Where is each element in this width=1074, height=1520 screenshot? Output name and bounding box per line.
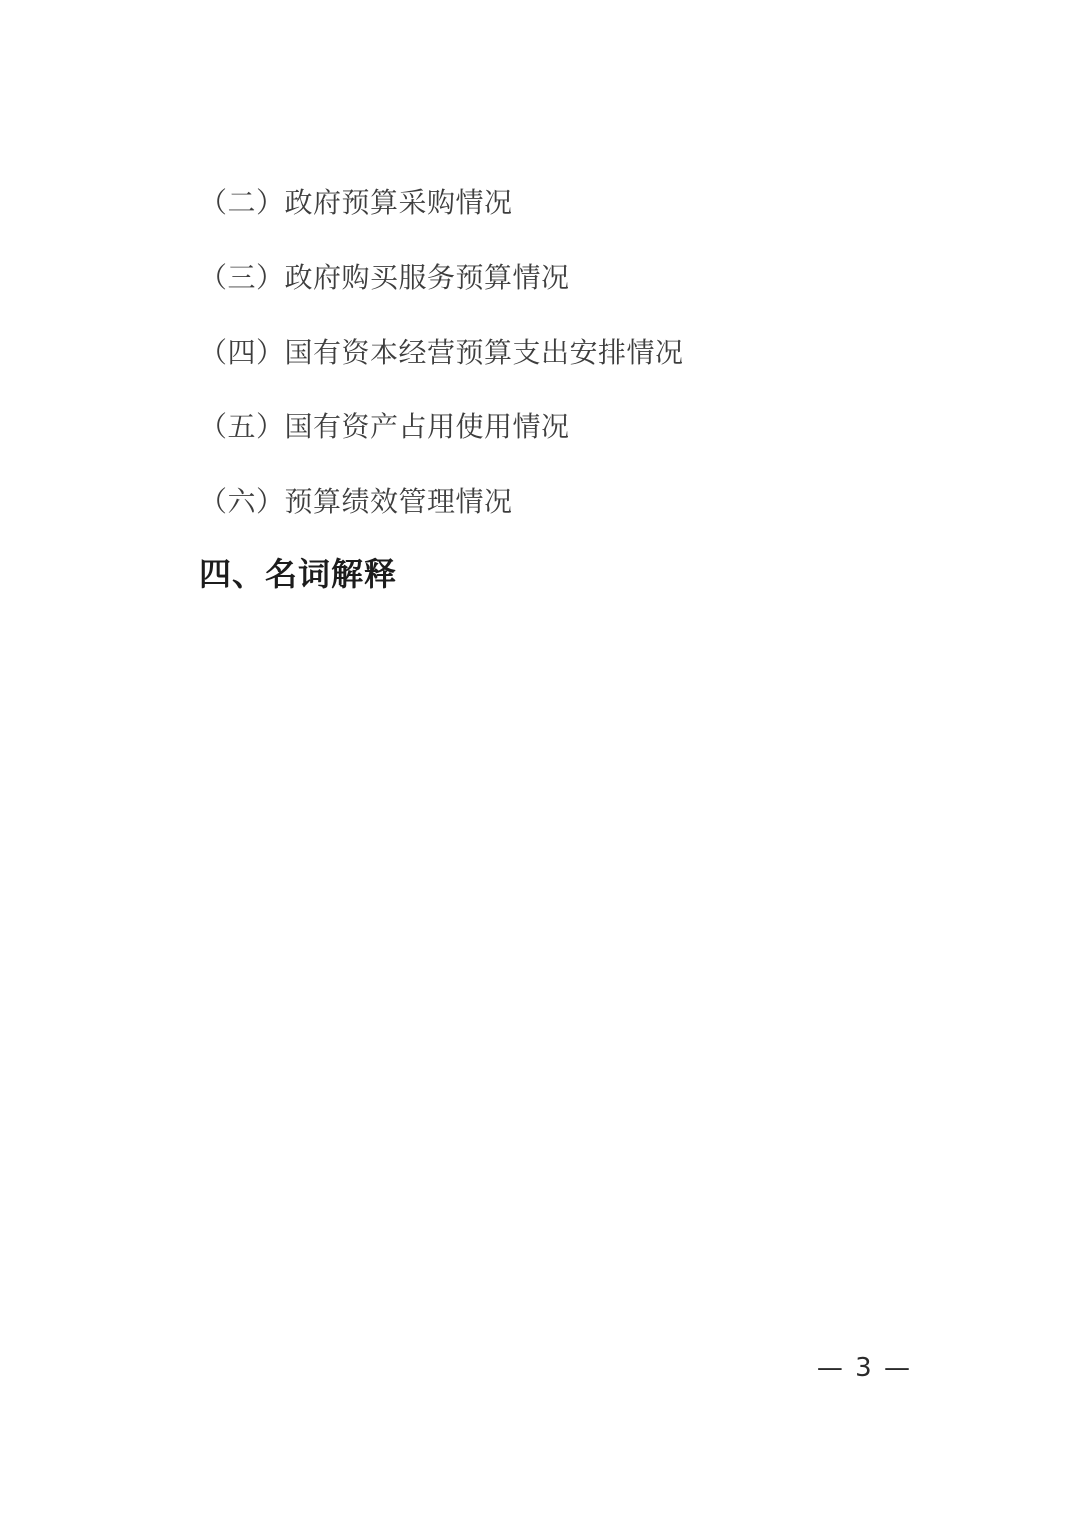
- page-number: — 3 —: [817, 1352, 912, 1384]
- section-heading: 四、名词解释: [199, 554, 397, 594]
- toc-item: （四）国有资本经营预算支出安排情况: [199, 336, 684, 370]
- toc-item: （二）政府预算采购情况: [199, 186, 513, 220]
- document-page: （二）政府预算采购情况 （三）政府购买服务预算情况 （四）国有资本经营预算支出安…: [0, 0, 1074, 1520]
- toc-item: （三）政府购买服务预算情况: [199, 261, 570, 295]
- toc-item: （六）预算绩效管理情况: [199, 485, 513, 519]
- toc-item: （五）国有资产占用使用情况: [199, 410, 570, 444]
